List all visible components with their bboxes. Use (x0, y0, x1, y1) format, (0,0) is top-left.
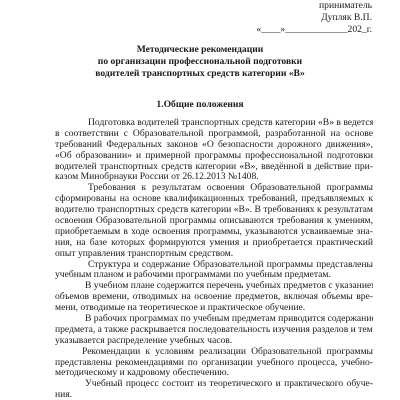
document-title: Методические рекомендации по организации… (0, 44, 400, 80)
body-line: Учебный процесс состоит из теоретическог… (55, 379, 373, 390)
body-line: методическому и кадровому обеспечению. (55, 368, 373, 379)
document-body: Подготовка водителей транспортных средст… (55, 118, 373, 400)
approval-name: Дупляк В.П. (256, 12, 372, 24)
title-line-1: Методические рекомендации (0, 44, 400, 56)
title-line-3: водителей транспортных средств категории… (0, 68, 400, 80)
body-line: представлены рекомендациями по организац… (55, 358, 373, 369)
approval-role: приниматель (256, 0, 372, 12)
body-line: объемов времени, отводимых на освоение п… (55, 292, 373, 303)
body-line: В учебном плане содержится перечень учеб… (55, 281, 373, 292)
body-line: сформированы на основе квалификационных … (55, 194, 373, 205)
body-line: освоения Образовательной программы описы… (55, 216, 373, 227)
body-line: казом Минобрнауки России от 26.12.2013 №… (55, 172, 373, 183)
body-line: В рабочих программах по учебным предмета… (55, 314, 373, 325)
body-line: ния, на базе которых формируются умения … (55, 238, 373, 249)
title-line-2: по организации профессиональной подготов… (0, 56, 400, 68)
approval-block: приниматель Дупляк В.П. «____»__________… (256, 0, 372, 36)
body-line: требований Федеральных законов «О безопа… (55, 140, 373, 151)
body-line: ния. (55, 390, 373, 400)
body-line: в соответствии с Образовательной програм… (55, 129, 373, 140)
body-line: Рекомендации к условиям реализации Образ… (55, 347, 373, 358)
body-line: Подготовка водителей транспортных средст… (55, 118, 373, 129)
body-line: мени, отводимые на теоретическое и практ… (55, 303, 373, 314)
body-line: предмета, а также раскрывается последова… (55, 325, 373, 336)
body-line: водителю транспортных средств категории … (55, 205, 373, 216)
document-page: приниматель Дупляк В.П. «____»__________… (0, 0, 400, 400)
body-line: Структура и содержание Образовательной п… (55, 260, 373, 271)
body-line: «Об образовании» и примерной программы п… (55, 151, 373, 162)
body-line: водителей транспортных средств категории… (55, 162, 373, 173)
body-line: учебным планом и рабочими программами по… (55, 270, 373, 281)
body-line: Требования к результатам освоения Образо… (55, 183, 373, 194)
approval-date-line: «____»_____________202_г. (256, 24, 372, 36)
section-heading: 1.Общие положения (0, 99, 400, 111)
body-line: приобретаемым в ходе освоения программы,… (55, 227, 373, 238)
body-line: опыт управления транспортным средством. (55, 249, 373, 260)
body-line: указывается распределение учебных часов. (55, 336, 373, 347)
